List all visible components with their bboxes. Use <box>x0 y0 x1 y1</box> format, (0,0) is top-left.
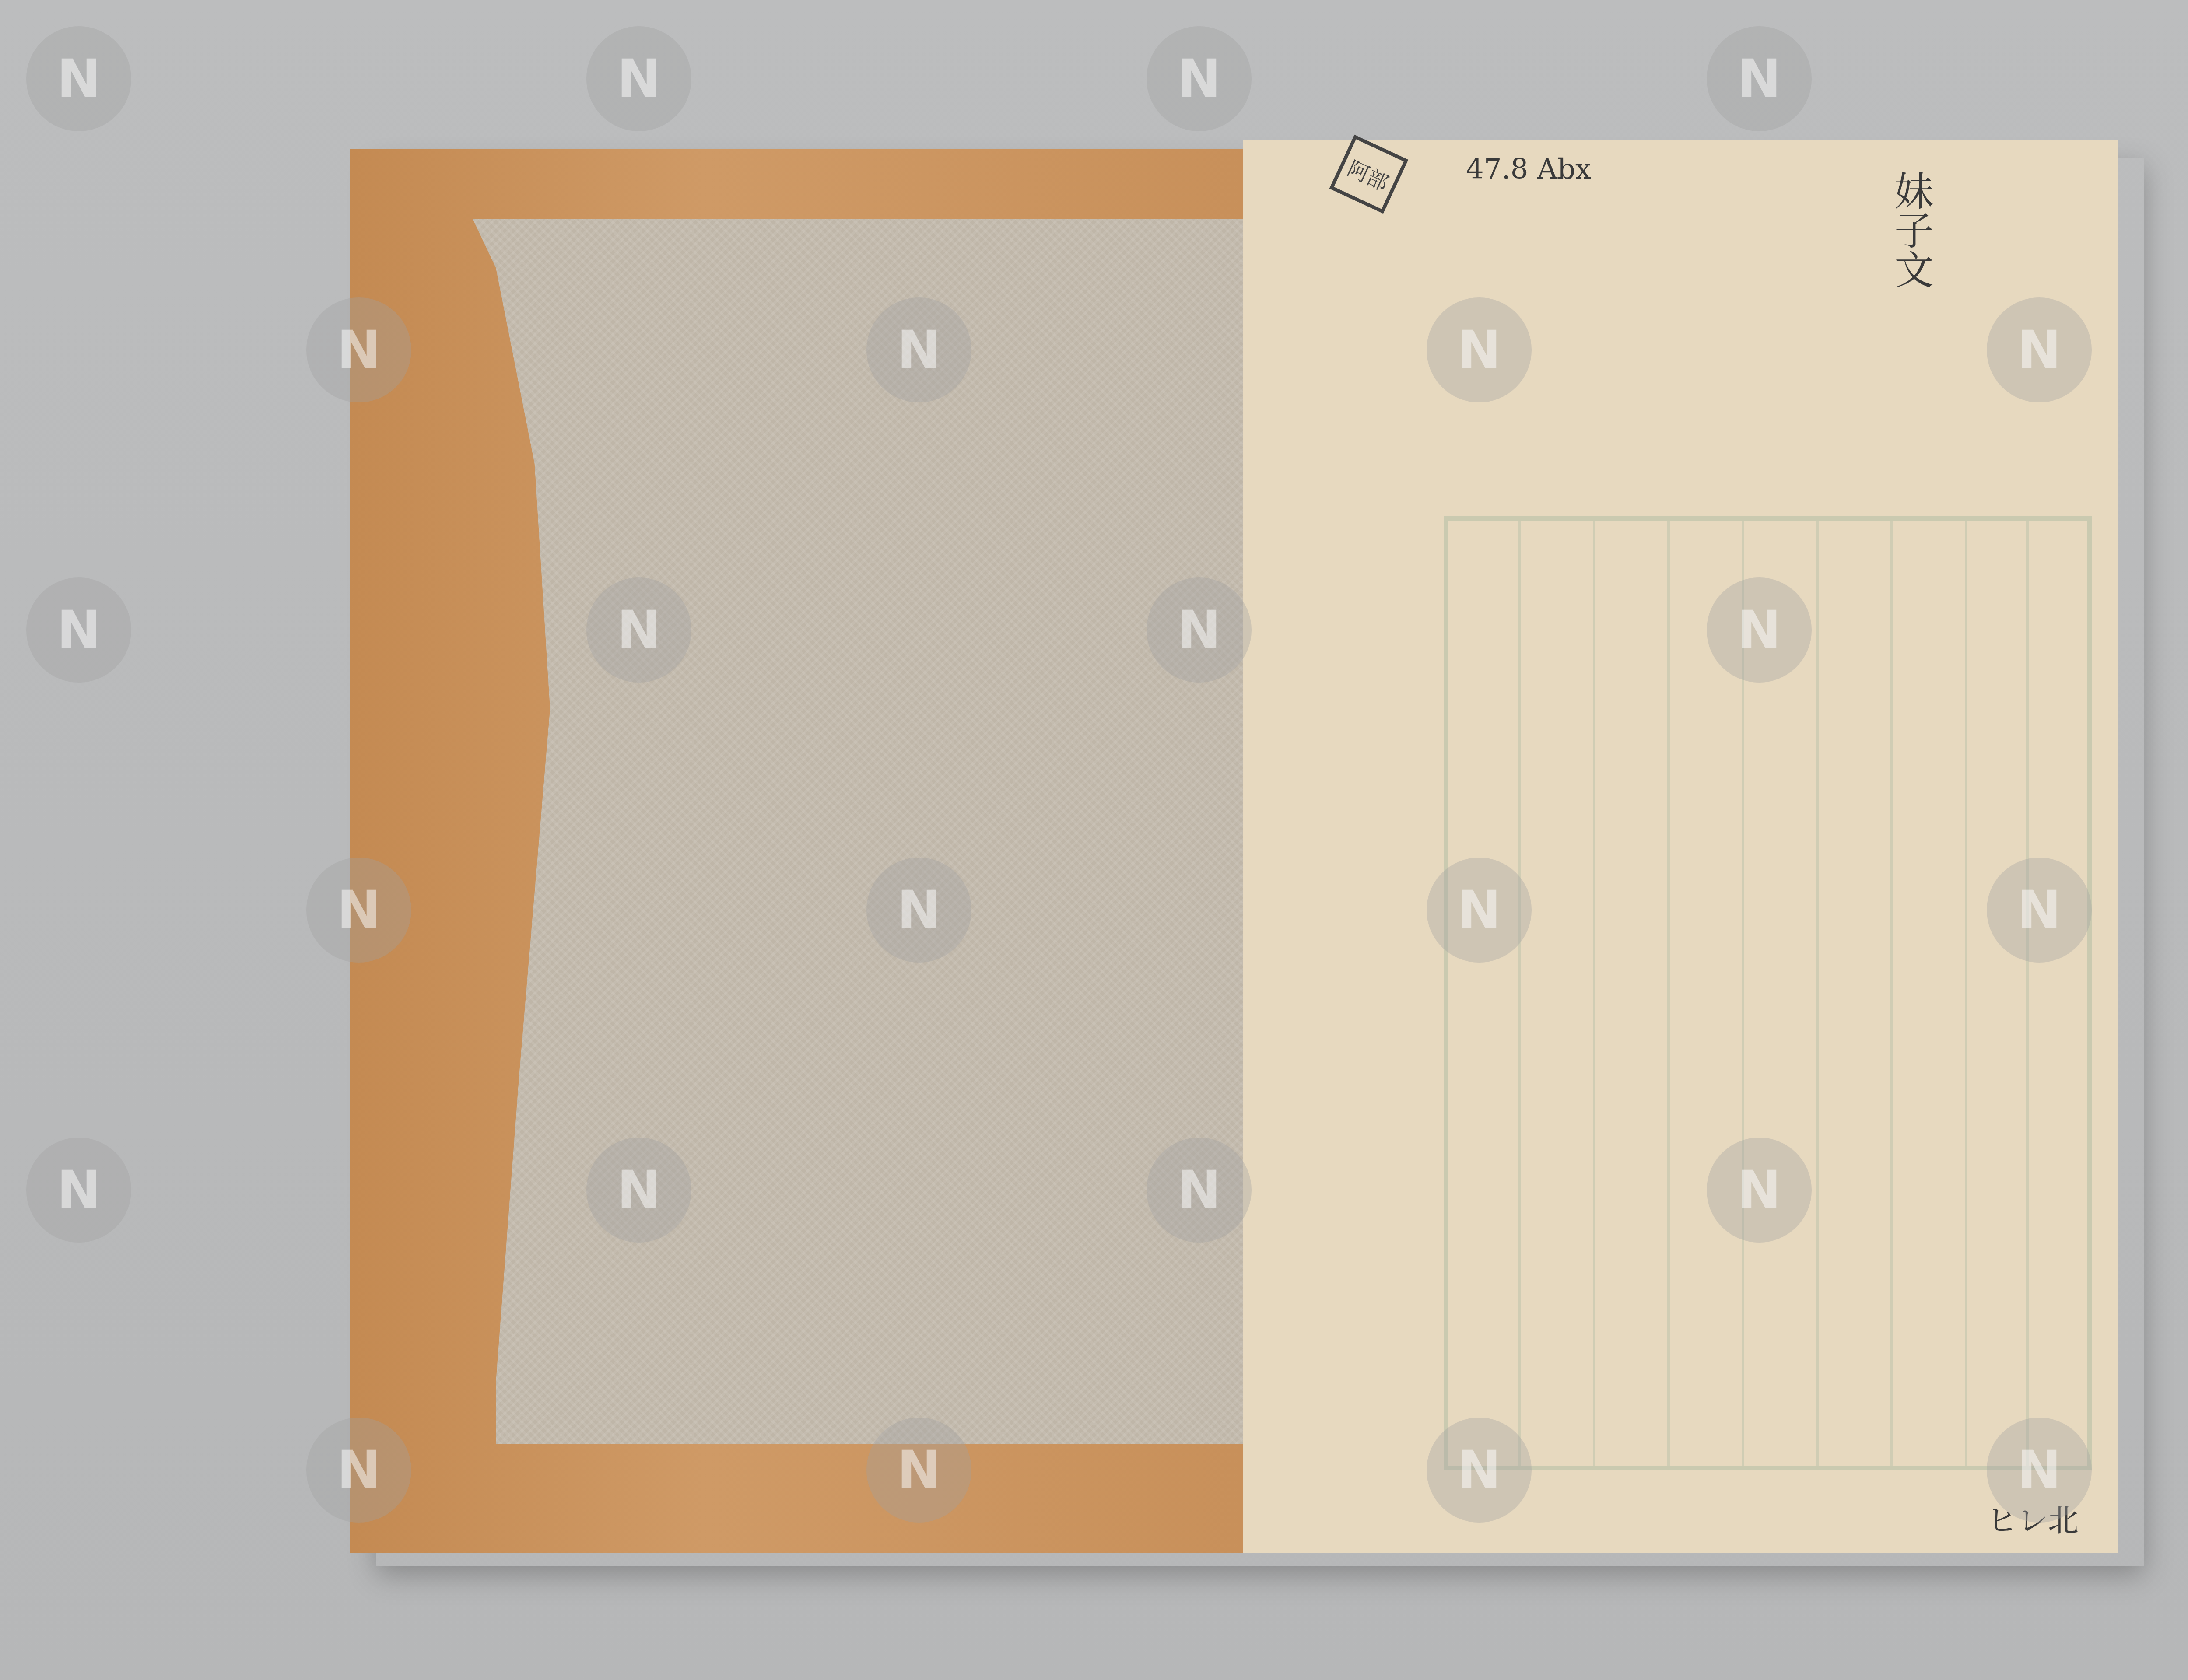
watermark-logo-icon: N <box>1707 577 1812 682</box>
grid-line <box>1965 521 1967 1466</box>
watermark-logo-icon: N <box>1707 1137 1812 1242</box>
watermark-logo-icon: N <box>1987 857 2092 962</box>
endpaper-pattern <box>473 219 1247 1444</box>
title-handwriting: 妹子文 <box>1882 171 1939 289</box>
watermark-logo-icon: N <box>1147 577 1252 682</box>
watermark-logo-icon: N <box>866 297 971 402</box>
watermark-logo-icon: N <box>306 297 411 402</box>
grid-line <box>1816 521 1819 1466</box>
watermark-logo-icon: N <box>866 1417 971 1522</box>
watermark-logo-icon: N <box>1147 26 1252 131</box>
watermark-logo-icon: N <box>26 26 131 131</box>
watermark-logo-icon: N <box>1707 26 1812 131</box>
watermark-logo-icon: N <box>866 857 971 962</box>
watermark-logo-icon: N <box>306 857 411 962</box>
grid-line <box>1890 521 1893 1466</box>
watermark-logo-icon: N <box>1987 297 2092 402</box>
catalog-number: 47.8 Abx <box>1466 153 1591 185</box>
grid-line <box>2026 521 2029 1466</box>
grid-line <box>1518 521 1521 1466</box>
watermark-logo-icon: N <box>26 1137 131 1242</box>
watermark-logo-icon: N <box>586 577 691 682</box>
watermark-logo-icon: N <box>306 1417 411 1522</box>
grid-line <box>1667 521 1670 1466</box>
watermark-logo-icon: N <box>1427 1417 1532 1522</box>
watermark-logo-icon: N <box>1147 1137 1252 1242</box>
watermark-logo-icon: N <box>26 577 131 682</box>
watermark-logo-icon: N <box>1427 857 1532 962</box>
watermark-logo-icon: N <box>586 1137 691 1242</box>
watermark-logo-icon: N <box>1427 297 1532 402</box>
watermark-logo-icon: N <box>1987 1417 2092 1522</box>
grid-line <box>1593 521 1595 1466</box>
watermark-logo-icon: N <box>586 26 691 131</box>
endpaper <box>473 219 1247 1444</box>
